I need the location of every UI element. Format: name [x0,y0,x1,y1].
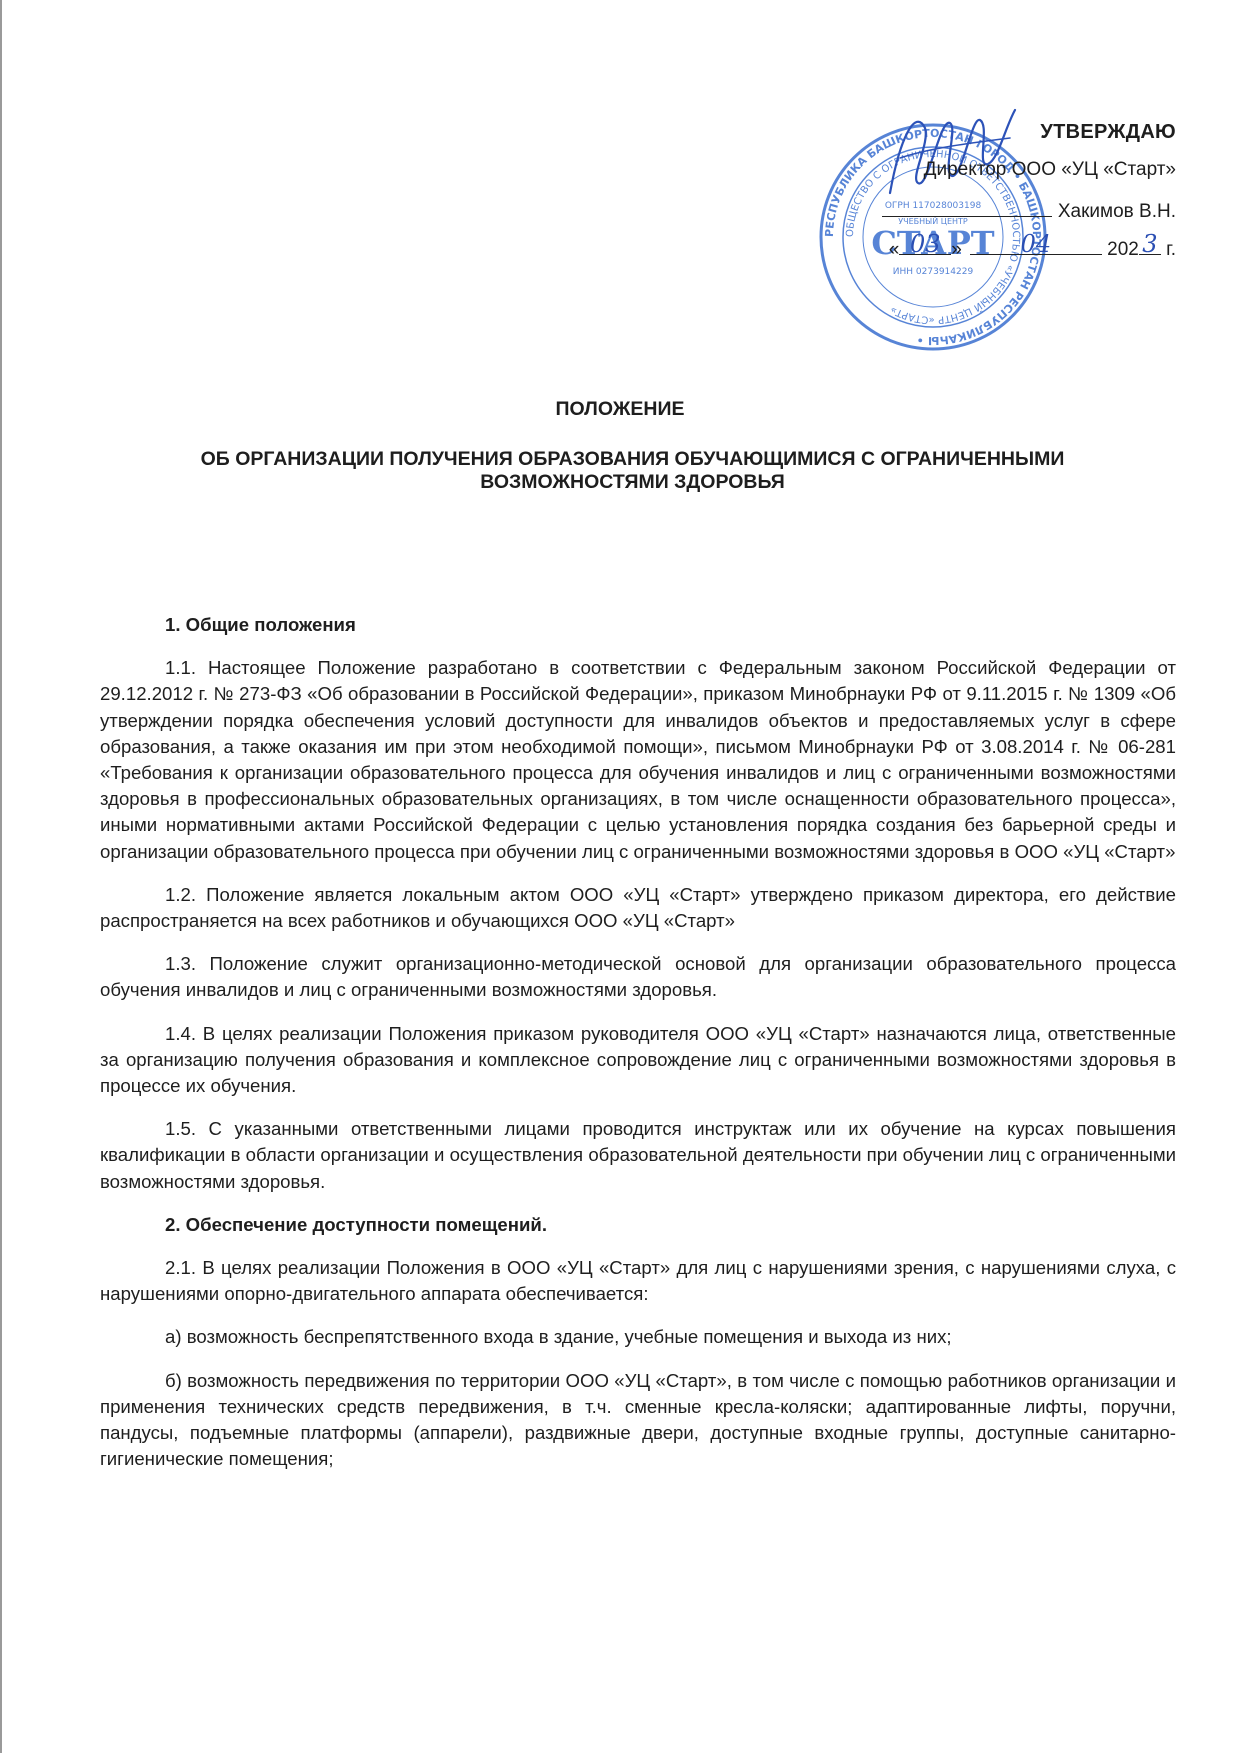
paragraph-1-2: 1.2. Положение является локальным актом … [100,882,1176,934]
approval-date: «03»04 2023 г. [882,236,1176,274]
paragraph-2-1-b: б) возможность передвижения по территори… [100,1368,1176,1473]
approval-name: Хакимов В.Н. [1058,201,1176,222]
approval-title: УТВЕРЖДАЮ [882,122,1176,160]
date-year-prefix: 202 [1107,239,1139,260]
paragraph-2-1-a: а) возможность беспрепятственного входа … [100,1324,1176,1350]
document-body: 1. Общие положения 1.1. Настоящее Положе… [100,612,1176,1489]
paragraph-1-4: 1.4. В целях реализации Положения приказ… [100,1021,1176,1100]
paragraph-1-1: 1.1. Настоящее Положение разработано в с… [100,655,1176,865]
section-heading-1: 1. Общие положения [100,612,1176,638]
date-month-field: 04 [970,236,1102,255]
date-open-quote: « [889,239,900,260]
date-day-handwritten: 03 [899,232,951,256]
date-year-handwritten: 3 [1139,232,1161,256]
date-year-digit-field: 3 [1139,236,1161,255]
document-page: РЕСПУБЛИКА БАШКОРТОСТАН ГОРОД • БАШКОРТО… [0,0,1240,1753]
signature-blank [882,198,1052,217]
date-month-handwritten: 04 [970,232,1102,256]
date-close-quote: » [951,239,962,260]
paragraph-2-1: 2.1. В целях реализации Положения в ООО … [100,1255,1176,1307]
document-subtitle: ОБ ОРГАНИЗАЦИИ ПОЛУЧЕНИЯ ОБРАЗОВАНИЯ ОБУ… [120,448,1145,494]
section-heading-2: 2. Обеспечение доступности помещений. [100,1212,1176,1238]
scan-edge [0,0,2,1753]
approval-block: УТВЕРЖДАЮ Директор ООО «УЦ «Старт» Хаким… [882,122,1176,274]
paragraph-1-5: 1.5. С указанными ответственными лицами … [100,1116,1176,1195]
date-day-field: 03 [899,236,951,255]
date-suffix: г. [1166,239,1176,260]
approval-position: Директор ООО «УЦ «Старт» [882,160,1176,198]
document-title: ПОЛОЖЕНИЕ [0,398,1240,421]
paragraph-1-3: 1.3. Положение служит организационно-мет… [100,951,1176,1003]
